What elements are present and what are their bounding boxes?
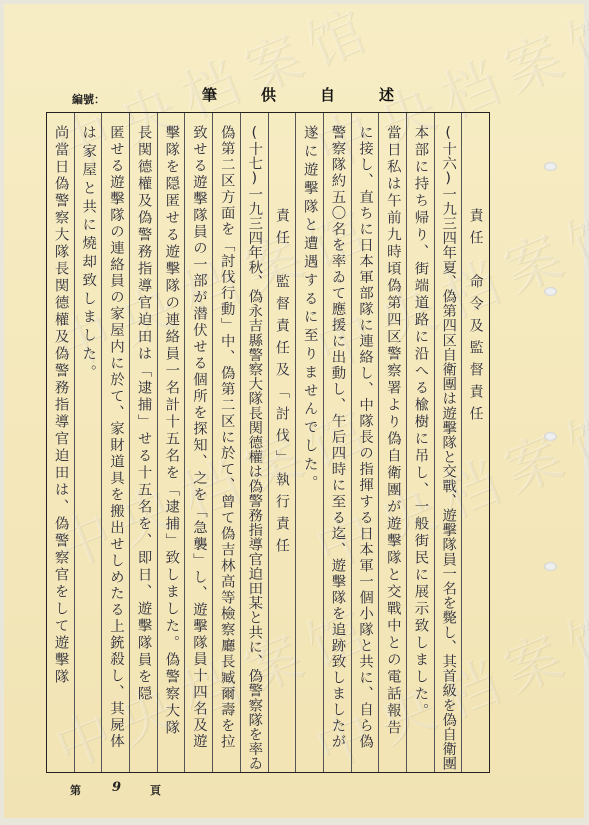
binding-hole: [544, 562, 557, 571]
section-heading-column: 責任命令及監督責任: [461, 113, 489, 772]
handwritten-line: 尚當日偽警察大隊長関德權及偽警務指導官迫田は、偽警察官をして遊擊隊: [53, 125, 67, 686]
serial-number-label: 編號：: [72, 91, 105, 107]
handwritten-line: に接し、直ちに日本軍部隊に連絡し、中隊長の指揮する日本軍一個小隊と共に、自ら偽: [358, 125, 372, 750]
text-column: 致せる遊擊隊員の一部が潜伏せる個所を探知、之を「急襲」し、遊擊隊員十四名及遊: [184, 113, 212, 772]
text-column: 尚當日偽警察大隊長関德權及偽警務指導官迫田は、偽警察官をして遊擊隊: [47, 113, 74, 772]
handwritten-line: (十七)一九三四年秋、偽永吉縣警察大隊長関德權は偽警務指導官迫田某と共に、偽警察…: [247, 125, 261, 771]
heading-category: 責任: [468, 208, 484, 252]
handwritten-line: (十六)一九三四年夏、偽第四区自衛團は遊擊隊と交戰、遊擊隊員一名を斃し、其首級を…: [441, 125, 455, 771]
text-column: に接し、直ちに日本軍部隊に連絡し、中隊長の指揮する日本軍一個小隊と共に、自ら偽: [351, 113, 379, 772]
heading-category: 責任: [274, 208, 290, 252]
text-column: は家屋と共に燒却致しました。: [74, 113, 102, 772]
text-column: 匿せる遊擊隊の連絡員の家屋内に於て、家財道具を搬出せしめたる上銃殺し、其屍体: [101, 113, 129, 772]
handwritten-line: 擊隊を隠匿せる遊擊隊の連絡員一名計十五名を「逮捕」致しました。偽警察大隊: [164, 125, 178, 737]
text-column: (十七)一九三四年秋、偽永吉縣警察大隊長関德權は偽警務指導官迫田某と共に、偽警察…: [240, 113, 268, 772]
text-column: 長関德權及偽警務指導官迫田は「逮捕」せる十五名を、即日、遊擊隊員を隠: [129, 113, 157, 772]
handwritten-line: 長関德權及偽警務指導官迫田は「逮捕」せる十五名を、即日、遊擊隊員を隠: [136, 125, 150, 703]
binding-hole: [544, 162, 557, 171]
section-heading-column: 責任監督責任及「討伐」執行責任: [268, 113, 296, 772]
handwritten-line: 遂に遊擊隊と遭遇するに至りませんでした。: [302, 125, 316, 493]
handwritten-line: 當日私は午前九時頃偽第四区警察署より偽自衛團が遊擊隊と交戰中との電話報告: [385, 125, 399, 737]
page-number: 9: [112, 780, 121, 795]
text-column: 遂に遊擊隊と遭遇するに至りませんでした。: [295, 113, 323, 772]
text-column: 偽第二区方面を「討伐行動」中、偽第二区に於て、曾て偽吉林高等檢察廳長臧爾壽を拉: [212, 113, 240, 772]
text-column: 警察隊約五〇名を率ゐて應援に出動し、午后四時に至る迄、遊擊隊を追跡致しましたが: [323, 113, 351, 772]
page-suffix: 頁: [150, 782, 161, 798]
text-column: 本部に持ち帰り、街端道路に沿へる楡樹に吊し、一般街民に展示致しました。: [406, 113, 434, 772]
handwritten-line: 偽第二区方面を「討伐行動」中、偽第二区に於て、曾て偽吉林高等檢察廳長臧爾壽を拉: [219, 125, 233, 750]
handwritten-line: 致せる遊擊隊員の一部が潜伏せる個所を探知、之を「急襲」し、遊擊隊員十四名及遊: [192, 125, 206, 750]
heading-detail: 監督責任及「討伐」執行責任: [274, 274, 290, 560]
text-column: 當日私は午前九時頃偽第四区警察署より偽自衛團が遊擊隊と交戰中との電話報告: [378, 113, 406, 772]
form-title: 筆供自述: [202, 84, 438, 105]
section-heading: 責任命令及監督責任: [469, 208, 483, 428]
binding-hole: [544, 432, 557, 441]
section-heading: 責任監督責任及「討伐」執行責任: [275, 208, 289, 560]
handwritten-line: 匿せる遊擊隊の連絡員の家屋内に於て、家財道具を搬出せしめたる上銃殺し、其屍体: [109, 125, 123, 750]
binding-hole: [544, 287, 557, 296]
text-column: (十六)一九三四年夏、偽第四区自衛團は遊擊隊と交戰、遊擊隊員一名を斃し、其首級を…: [434, 113, 462, 772]
handwritten-line: 本部に持ち帰り、街端道路に沿へる楡樹に吊し、一般街民に展示致しました。: [413, 125, 427, 720]
handwritten-line: は家屋と共に燒却致しました。: [81, 125, 95, 383]
heading-detail: 命令及監督責任: [468, 274, 484, 428]
handwritten-line: 警察隊約五〇名を率ゐて應援に出動し、午后四時に至る迄、遊擊隊を追跡致しましたが: [330, 125, 344, 750]
ruled-writing-grid: 責任命令及監督責任(十六)一九三四年夏、偽第四区自衛團は遊擊隊と交戰、遊擊隊員一…: [46, 112, 490, 773]
page-prefix: 第: [70, 782, 81, 798]
text-column: 擊隊を隠匿せる遊擊隊の連絡員一名計十五名を「逮捕」致しました。偽警察大隊: [157, 113, 185, 772]
